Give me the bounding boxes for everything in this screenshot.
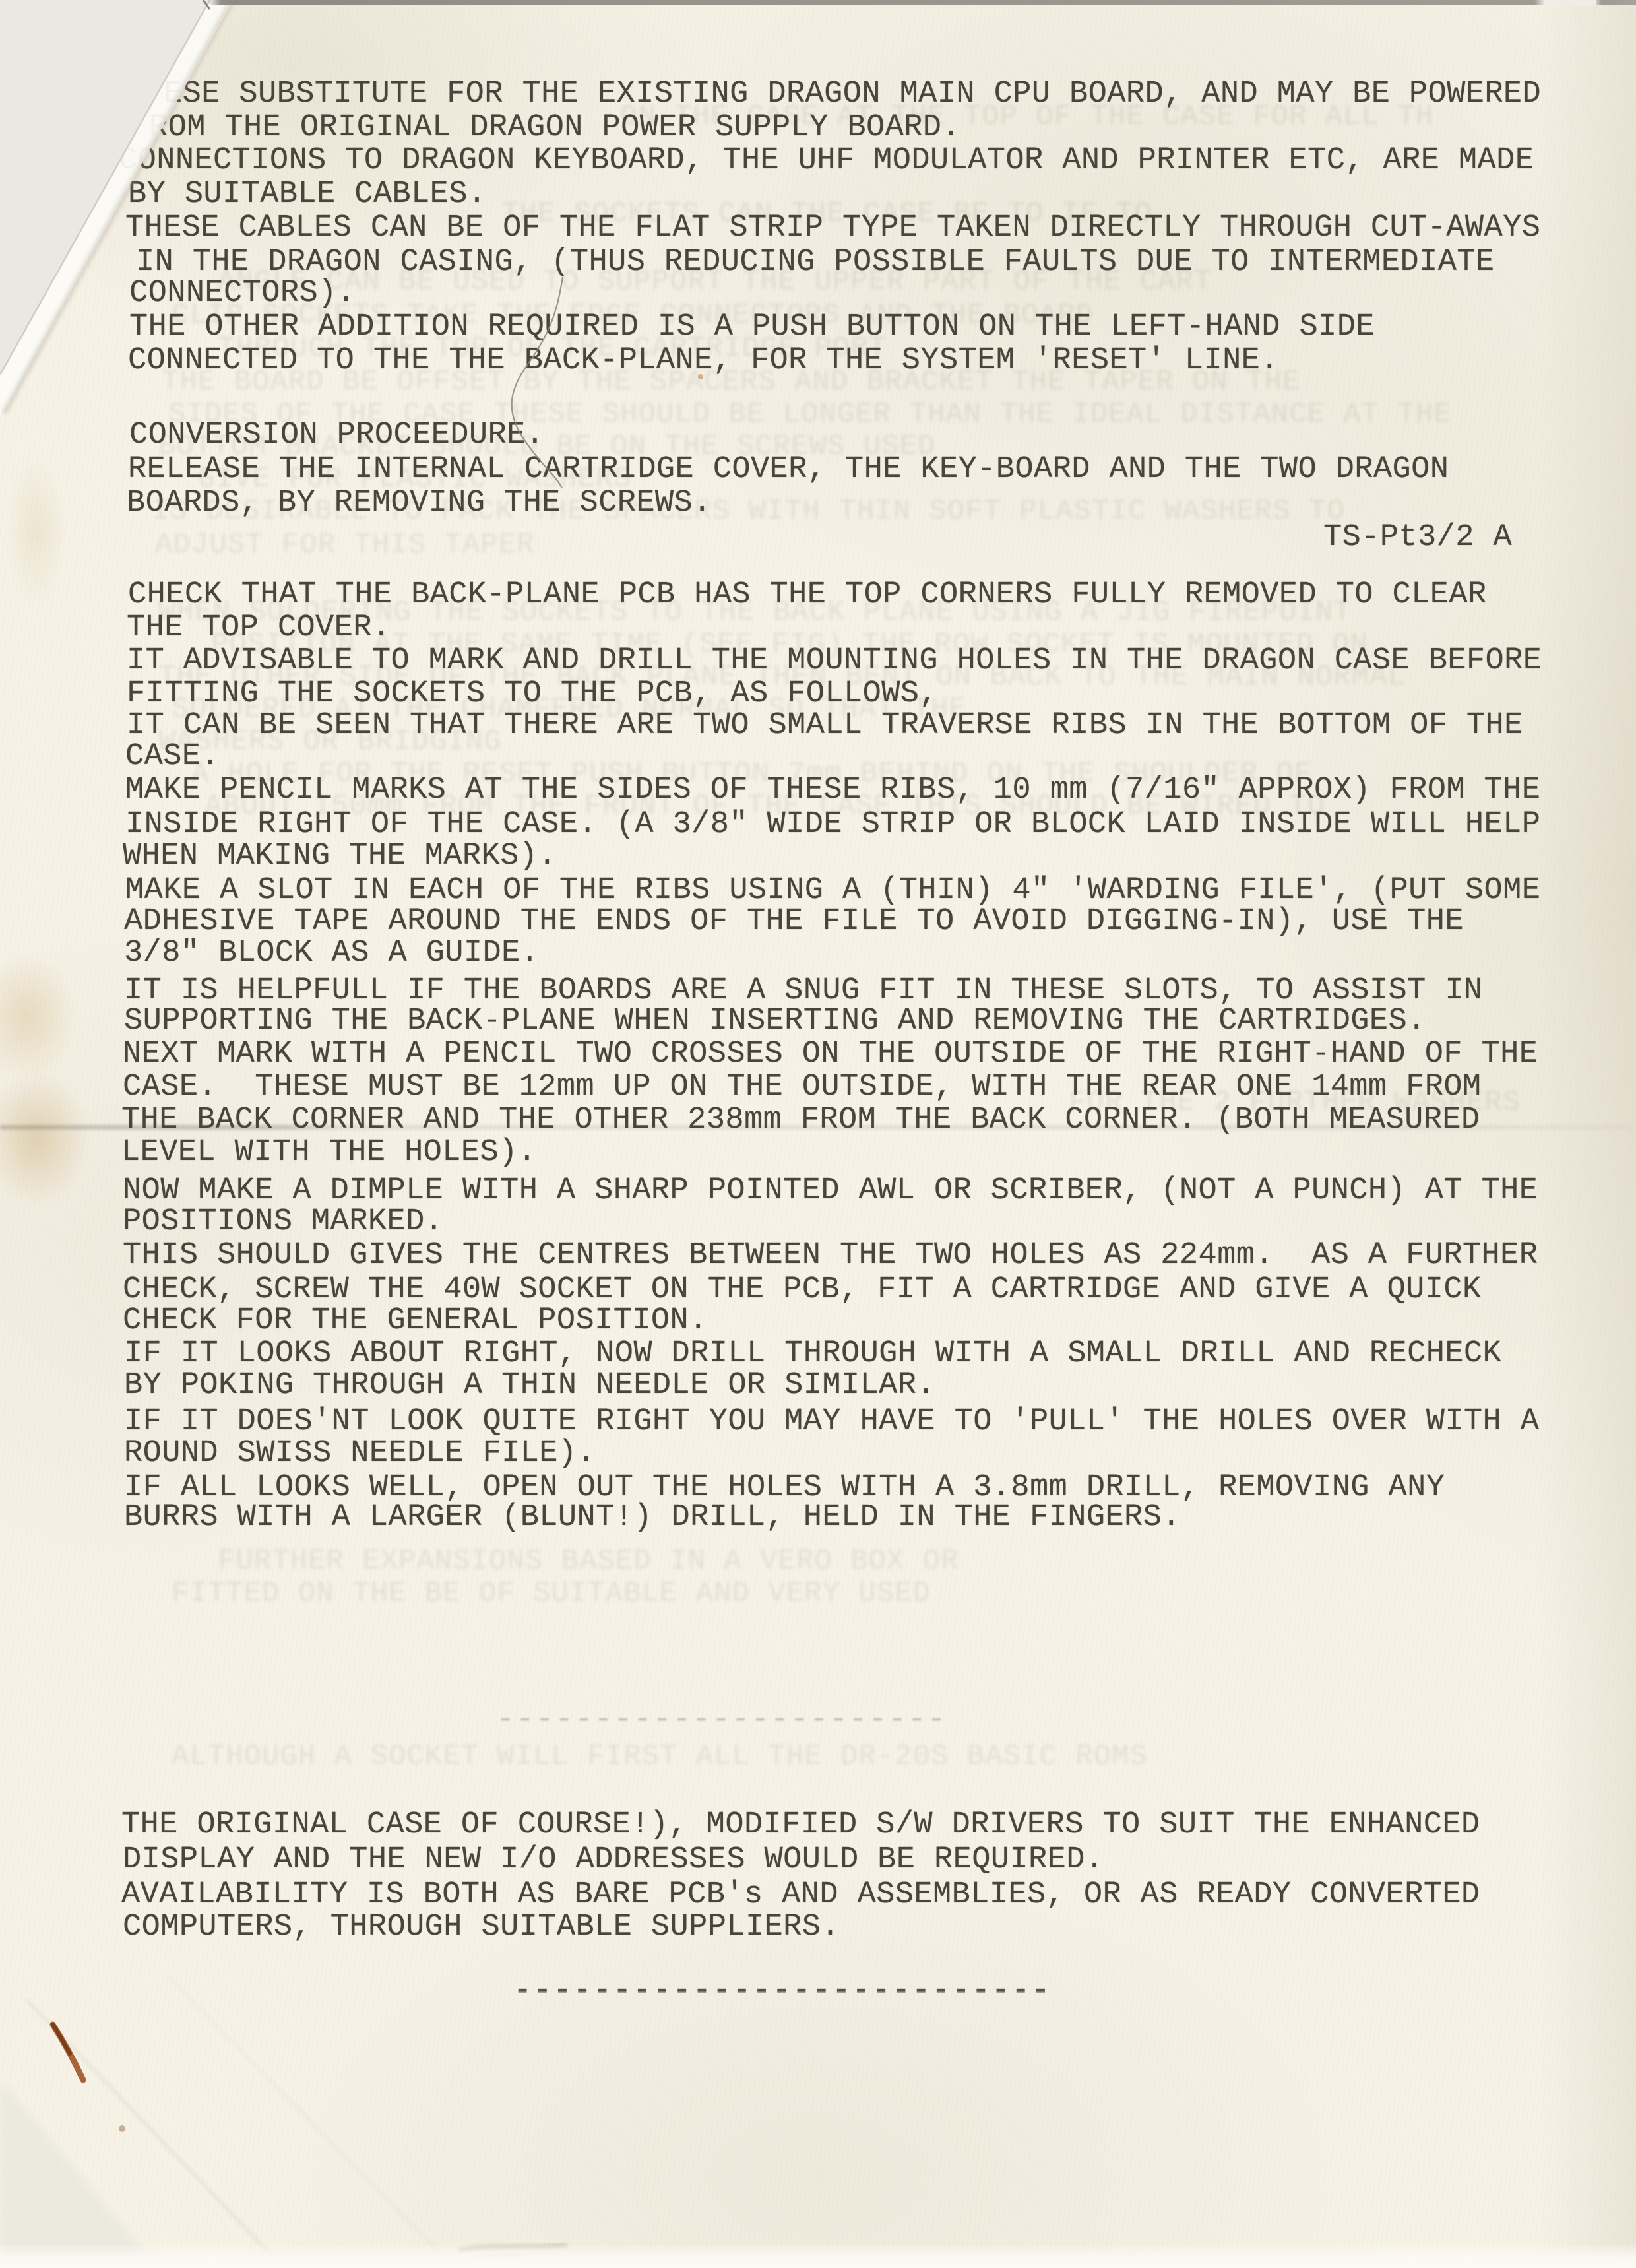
typed-line: POSITIONS MARKED. [123, 1206, 443, 1237]
separator-dashes: --------------------------- [513, 1975, 1052, 2006]
typed-line: BOARDS, BY REMOVING THE SCREWS. [127, 488, 712, 519]
typed-line: IF IT LOOKS ABOUT RIGHT, NOW DRILL THROU… [124, 1338, 1501, 1369]
reference-code: TS-Pt3/2 A [1323, 522, 1512, 553]
typed-line: CONNECTORS). [129, 278, 356, 309]
typed-line: CONVERSION PROCEEDURE. [129, 420, 544, 451]
typed-line: ROUND SWISS NEEDLE FILE). [124, 1438, 596, 1469]
typed-line: CASE. [125, 741, 220, 772]
typed-line: THE BACK CORNER AND THE OTHER 238mm FROM… [121, 1105, 1480, 1136]
typed-line: IT ADVISABLE TO MARK AND DRILL THE MOUNT… [127, 645, 1542, 676]
typed-line: CHECK THAT THE BACK-PLANE PCB HAS THE TO… [128, 579, 1487, 610]
typed-line: CONNECTIONS TO DRAGON KEYBOARD, THE UHF … [119, 145, 1534, 176]
typed-line: BY SUITABLE CABLES. [128, 179, 487, 210]
typed-line: CASE. THESE MUST BE 12mm UP ON THE OUTSI… [123, 1072, 1482, 1103]
scan-bottom-edge [0, 2245, 1636, 2268]
typed-line: AVAILABILITY IS BOTH AS BARE PCB's AND A… [121, 1879, 1480, 1910]
typed-line: CHECK FOR THE GENERAL POSITION. [123, 1305, 708, 1336]
typed-line: THESE CABLES CAN BE OF THE FLAT STRIP TY… [125, 212, 1540, 243]
typed-line: FITTING THE SOCKETS TO THE PCB, AS FOLLO… [127, 678, 938, 709]
typed-line: MAKE A SLOT IN EACH OF THE RIBS USING A … [125, 875, 1540, 906]
typed-line: BY POKING THROUGH A THIN NEEDLE OR SIMIL… [124, 1370, 935, 1401]
typed-line: COMPUTERS, THROUGH SUITABLE SUPPLIERS. [123, 1912, 840, 1943]
typed-line: INSIDE RIGHT OF THE CASE. (A 3/8" WIDE S… [125, 809, 1540, 840]
typed-line: THE OTHER ADDITION REQUIRED IS A PUSH BU… [129, 311, 1375, 342]
typed-line: IT CAN BE SEEN THAT THERE ARE TWO SMALL … [127, 710, 1523, 741]
typewritten-text-layer: ESE SUBSTITUTE FOR THE EXISTING DRAGON M… [0, 0, 1636, 2268]
typed-line: DISPLAY AND THE NEW I/O ADDRESSES WOULD … [123, 1844, 1104, 1875]
typed-line: THIS SHOULD GIVES THE CENTRES BETWEEN TH… [123, 1240, 1538, 1271]
typed-line: THE ORIGINAL CASE OF COURSE!), MODIFIED … [121, 1809, 1480, 1840]
scan-top-edge [0, 0, 1636, 5]
top-edge-notch [1544, 0, 1596, 6]
typed-line: ESE SUBSTITUTE FOR THE EXISTING DRAGON M… [164, 79, 1541, 110]
typed-line: SUPPORTING THE BACK-PLANE WHEN INSERTING… [124, 1006, 1426, 1037]
typed-line: 3/8" BLOCK AS A GUIDE. [124, 938, 539, 969]
typed-line: CONNECTED TO THE THE BACK-PLANE, FOR THE… [128, 345, 1279, 376]
typed-line: IF ALL LOOKS WELL, OPEN OUT THE HOLES WI… [124, 1472, 1445, 1503]
typed-line: IF IT DOES'NT LOOK QUITE RIGHT YOU MAY H… [124, 1406, 1539, 1437]
typed-line: IN THE DRAGON CASING, (THUS REDUCING POS… [136, 247, 1495, 278]
scanned-document-page: { "page": { "kind": "scanned typewritten… [0, 0, 1636, 2268]
typed-line: IT IS HELPFULL IF THE BOARDS ARE A SNUG … [124, 975, 1483, 1006]
typed-line: ADHESIVE TAPE AROUND THE ENDS OF THE FIL… [124, 906, 1464, 937]
typed-line: THE TOP COVER. [127, 612, 391, 643]
typed-line: BURRS WITH A LARGER (BLUNT!) DRILL, HELD… [124, 1502, 1181, 1533]
typed-line: NEXT MARK WITH A PENCIL TWO CROSSES ON T… [123, 1039, 1538, 1070]
typed-line: RELEASE THE INTERNAL CARTRIDGE COVER, TH… [128, 454, 1449, 485]
typed-line: NOW MAKE A DIMPLE WITH A SHARP POINTED A… [123, 1175, 1538, 1206]
typed-line: ROM THE ORIGINAL DRAGON POWER SUPPLY BOA… [149, 112, 960, 143]
typed-line: LEVEL WITH THE HOLES). [121, 1137, 536, 1168]
typed-line: CHECK, SCREW THE 40W SOCKET ON THE PCB, … [123, 1274, 1482, 1305]
typed-line: MAKE PENCIL MARKS AT THE SIDES OF THESE … [125, 775, 1540, 806]
separator-dashes: ----------------------- [496, 1704, 947, 1735]
typed-line: WHEN MAKING THE MARKS). [123, 841, 557, 872]
